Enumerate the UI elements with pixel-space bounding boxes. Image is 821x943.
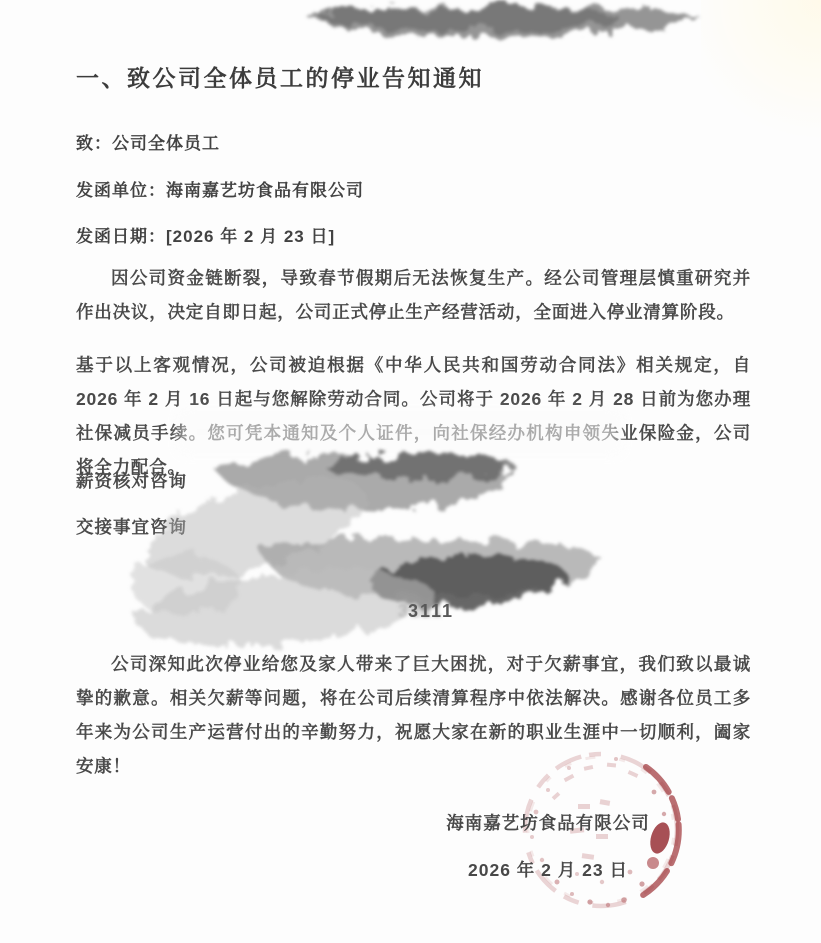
issue-date-value: [2026 年 2 月 23 日] xyxy=(166,227,335,246)
signature-company-name: 海南嘉艺坊食品有限公司 xyxy=(416,810,680,835)
addressee-label: 致： xyxy=(76,134,112,153)
document-title: 一、致公司全体员工的停业告知通知 xyxy=(76,60,484,93)
paragraph-contract-termination: 基于以上客观情况，公司被迫根据《中华人民共和国劳动合同法》相关规定，自 2026… xyxy=(76,348,751,484)
issue-date-label: 发函日期： xyxy=(76,227,166,246)
contact-salary-line: 薪资核对咨询 xyxy=(76,468,187,493)
addressee-value: 公司全体员工 xyxy=(112,134,220,153)
sender-label: 发函单位： xyxy=(76,181,166,200)
signature-date: 2026 年 2 月 23 日 xyxy=(416,857,680,882)
sender-value: 海南嘉艺坊食品有限公司 xyxy=(166,181,364,200)
paragraph-apology-closing: 公司深知此次停业给您及家人带来了巨大困扰，对于欠薪事宜，我们致以最诚挚的歉意。相… xyxy=(76,647,751,783)
addressee-line: 致：公司全体员工 xyxy=(76,129,220,154)
redacted-number-fragment: 3111 xyxy=(408,601,454,622)
paragraph-closure-decision: 因公司资金链断裂，导致春节假期后无法恢复生产。经公司管理层慎重研究并作出决议，决… xyxy=(76,261,751,329)
contact-handover-line: 交接事宜咨询 xyxy=(76,514,187,539)
closure-notice-document: 一、致公司全体员工的停业告知通知 致：公司全体员工 发函单位：海南嘉艺坊食品有限… xyxy=(0,0,821,943)
redaction-smudge-top xyxy=(305,4,700,37)
sender-line: 发函单位：海南嘉艺坊食品有限公司 xyxy=(76,176,364,201)
issue-date-line: 发函日期：[2026 年 2 月 23 日] xyxy=(76,222,335,247)
